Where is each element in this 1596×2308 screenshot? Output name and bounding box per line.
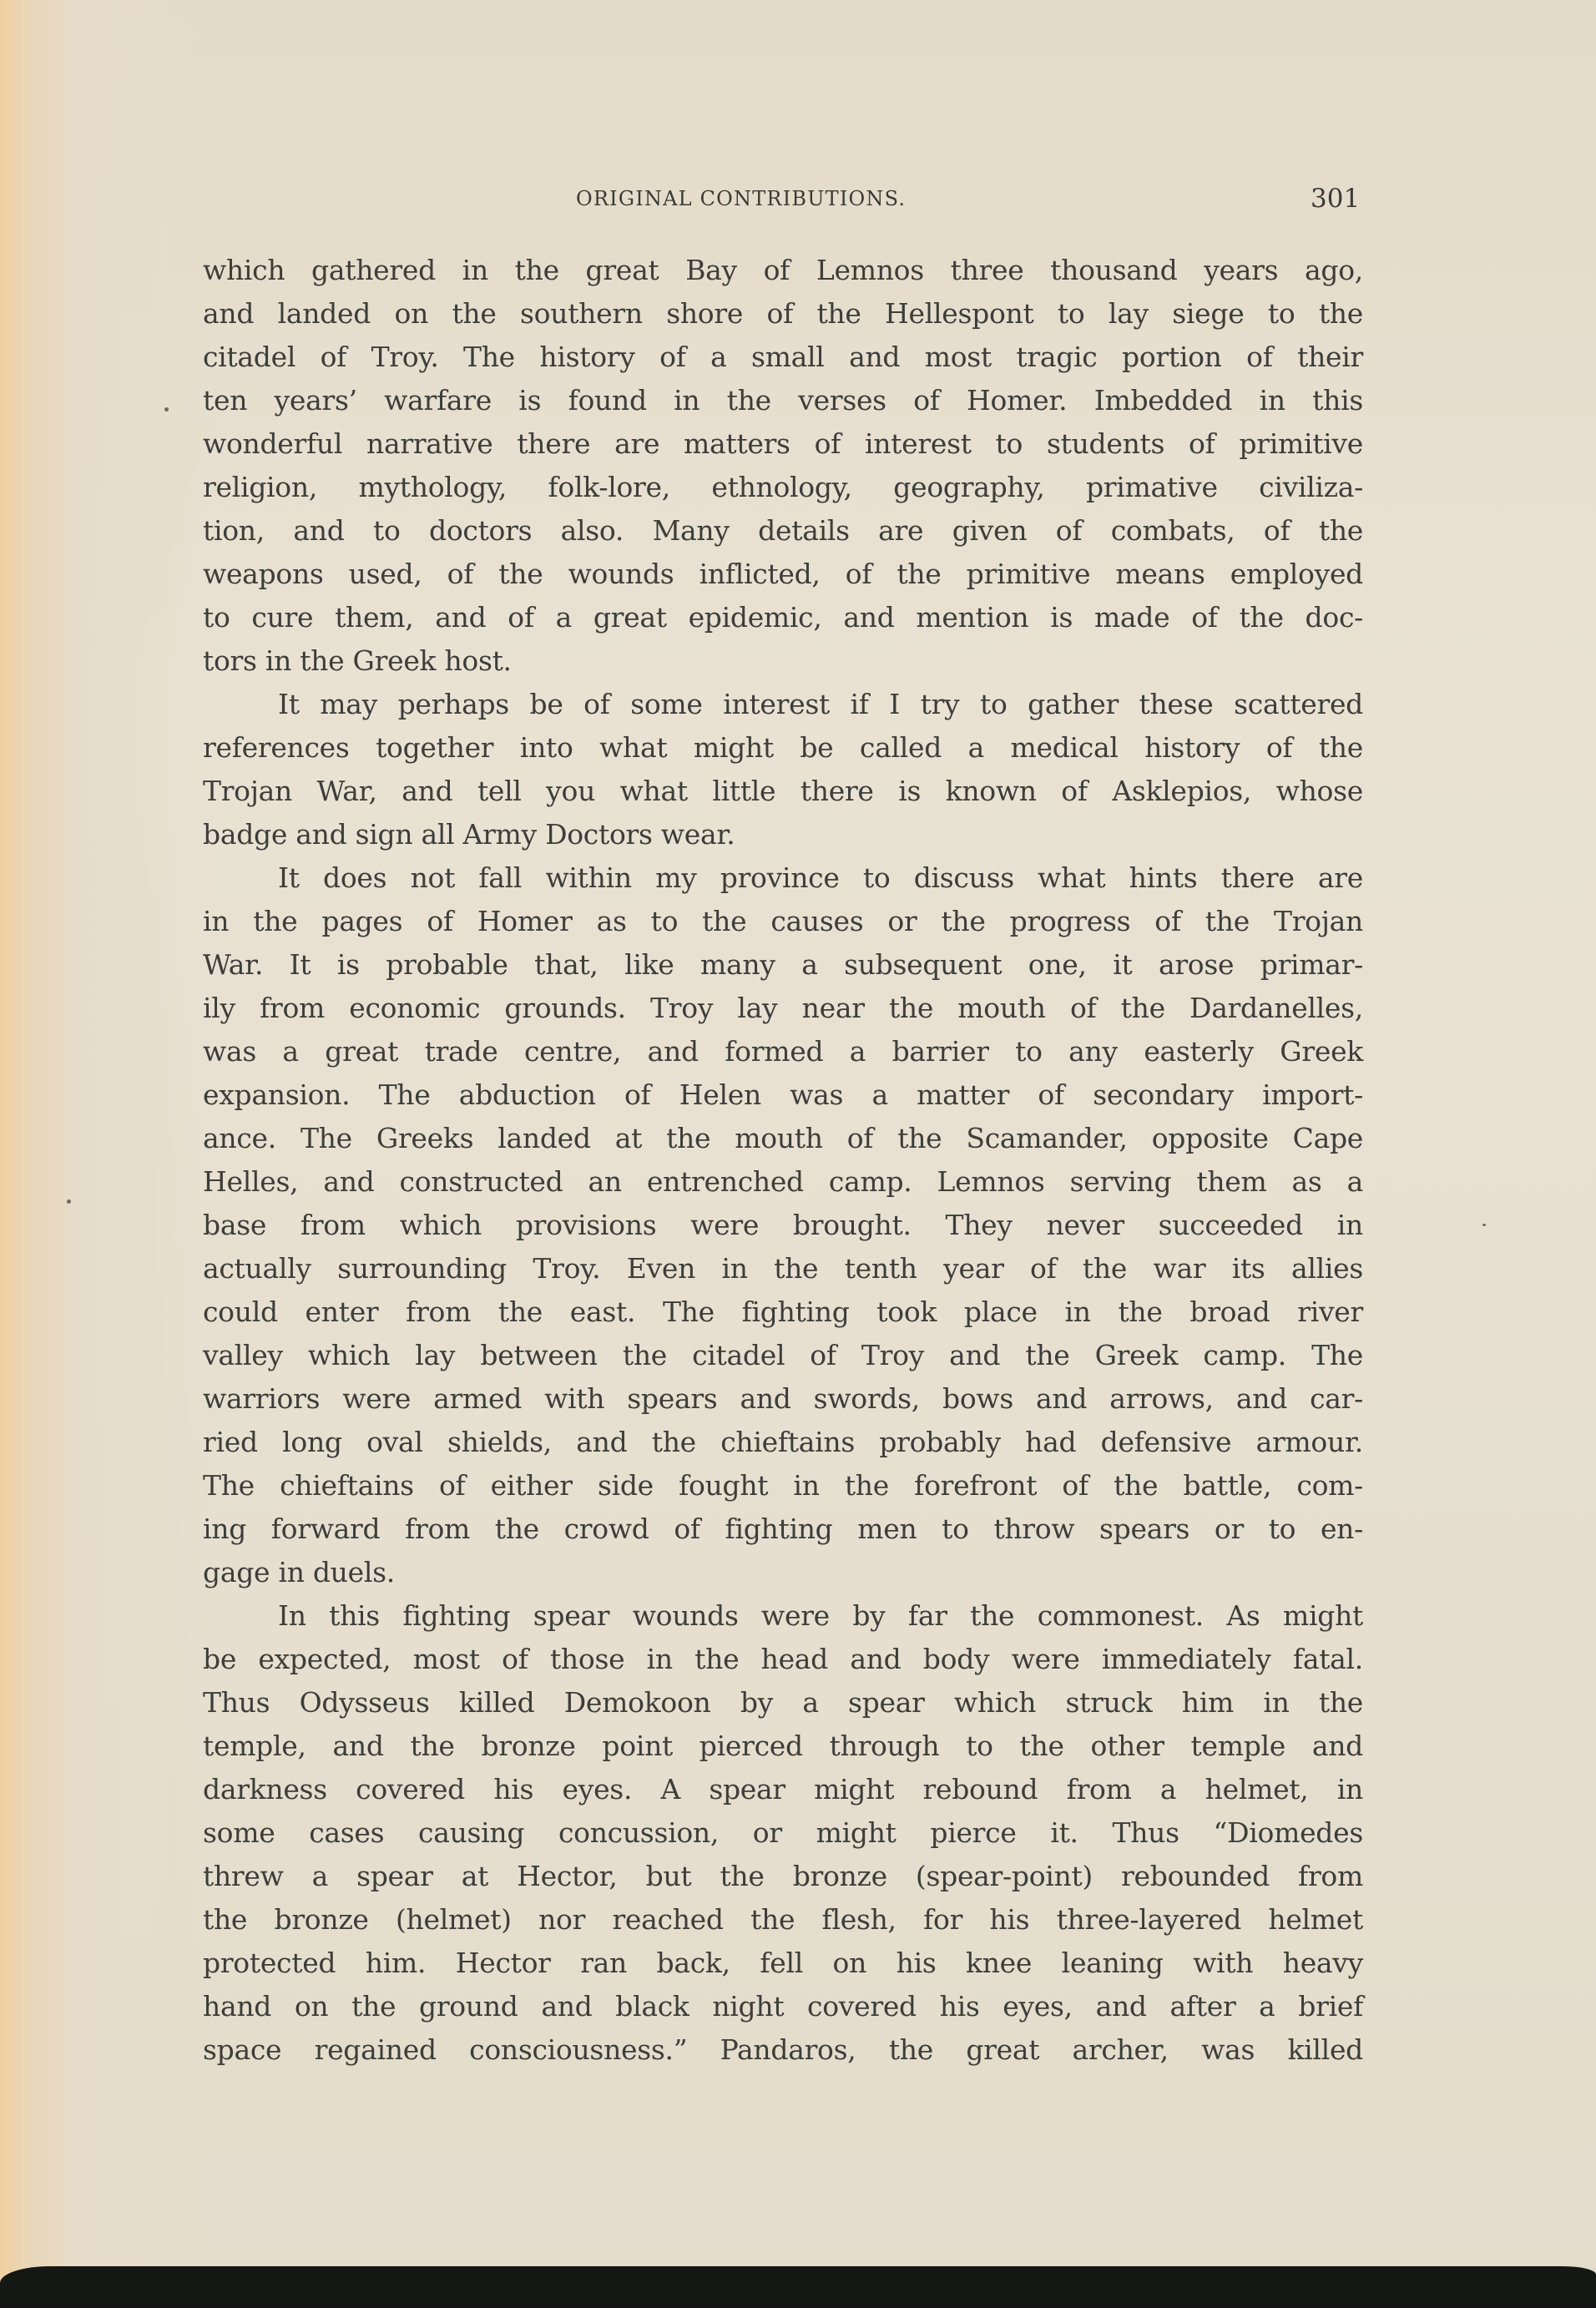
text-line: warriors were armed with spears and swor… [203,1379,1363,1419]
text-line: War. It is probable that, like many a su… [203,945,1363,985]
ink-speck [164,407,169,412]
text-line: was a great trade centre, and formed a b… [203,1032,1363,1072]
text-line: references together into what might be c… [203,728,1363,768]
text-line: protected him. Hector ran back, fell on … [203,1943,1363,1983]
text-line: and landed on the southern shore of the … [203,294,1363,334]
text-line: be expected, most of those in the head a… [203,1639,1363,1679]
text-line: tion, and to doctors also. Many details … [203,511,1363,551]
paragraph-first-line: In this fighting spear wounds were by fa… [278,1596,1363,1636]
text-line: citadel of Troy. The history of a small … [203,337,1363,377]
text-line: ing forward from the crowd of fighting m… [203,1509,1363,1549]
text-line: some cases causing concussion, or might … [203,1813,1363,1853]
paragraph-first-line: It may perhaps be of some interest if I … [278,684,1363,725]
text-line: badge and sign all Army Doctors wear. [203,815,1363,855]
text-line: hand on the ground and black night cover… [203,1987,1363,2027]
text-line: space regained consciousness.” Pandaros,… [203,2030,1363,2070]
text-line: weapons used, of the wounds inflicted, o… [203,554,1363,594]
text-line: ten years’ warfare is found in the verse… [203,381,1363,421]
scanned-book-page: ORIGINAL CONTRIBUTIONS. 301 which gather… [0,0,1596,2308]
text-line: gage in duels. [203,1553,1363,1593]
text-line: Thus Odysseus killed Demokoon by a spear… [203,1683,1363,1723]
text-line: wonderful narrative there are matters of… [203,424,1363,464]
text-line: The chieftains of either side fought in … [203,1466,1363,1506]
text-line: expansion. The abduction of Helen was a … [203,1075,1363,1115]
page-number: 301 [1311,184,1360,214]
running-head-title: ORIGINAL CONTRIBUTIONS. [576,187,906,210]
ink-speck [67,1199,71,1204]
text-line: temple, and the bronze point pierced thr… [203,1726,1363,1766]
text-line: could enter from the east. The fighting … [203,1292,1363,1332]
text-line: Helles, and constructed an entrenched ca… [203,1162,1363,1202]
text-line: religion, mythology, folk-lore, ethnolog… [203,467,1363,508]
ink-speck [1482,1224,1486,1226]
text-line: in the pages of Homer as to the causes o… [203,901,1363,942]
text-line: to cure them, and of a great epidemic, a… [203,598,1363,638]
text-line: Trojan War, and tell you what little the… [203,771,1363,811]
text-line: base from which provisions were brought.… [203,1205,1363,1245]
paragraph-first-line: It does not fall within my province to d… [278,858,1363,898]
text-line: actually surrounding Troy. Even in the t… [203,1249,1363,1289]
text-line: valley which lay between the citadel of … [203,1336,1363,1376]
text-line: ried long oval shields, and the chieftai… [203,1422,1363,1462]
text-line: ance. The Greeks landed at the mouth of … [203,1119,1363,1159]
text-line: ily from economic grounds. Troy lay near… [203,988,1363,1028]
text-line: the bronze (helmet) nor reached the fles… [203,1900,1363,1940]
text-line: which gathered in the great Bay of Lemno… [203,250,1363,290]
text-line: threw a spear at Hector, but the bronze … [203,1856,1363,1896]
scanner-bottom-shadow [0,2266,1596,2308]
text-line: tors in the Greek host. [203,641,1363,681]
text-line: darkness covered his eyes. A spear might… [203,1770,1363,1810]
